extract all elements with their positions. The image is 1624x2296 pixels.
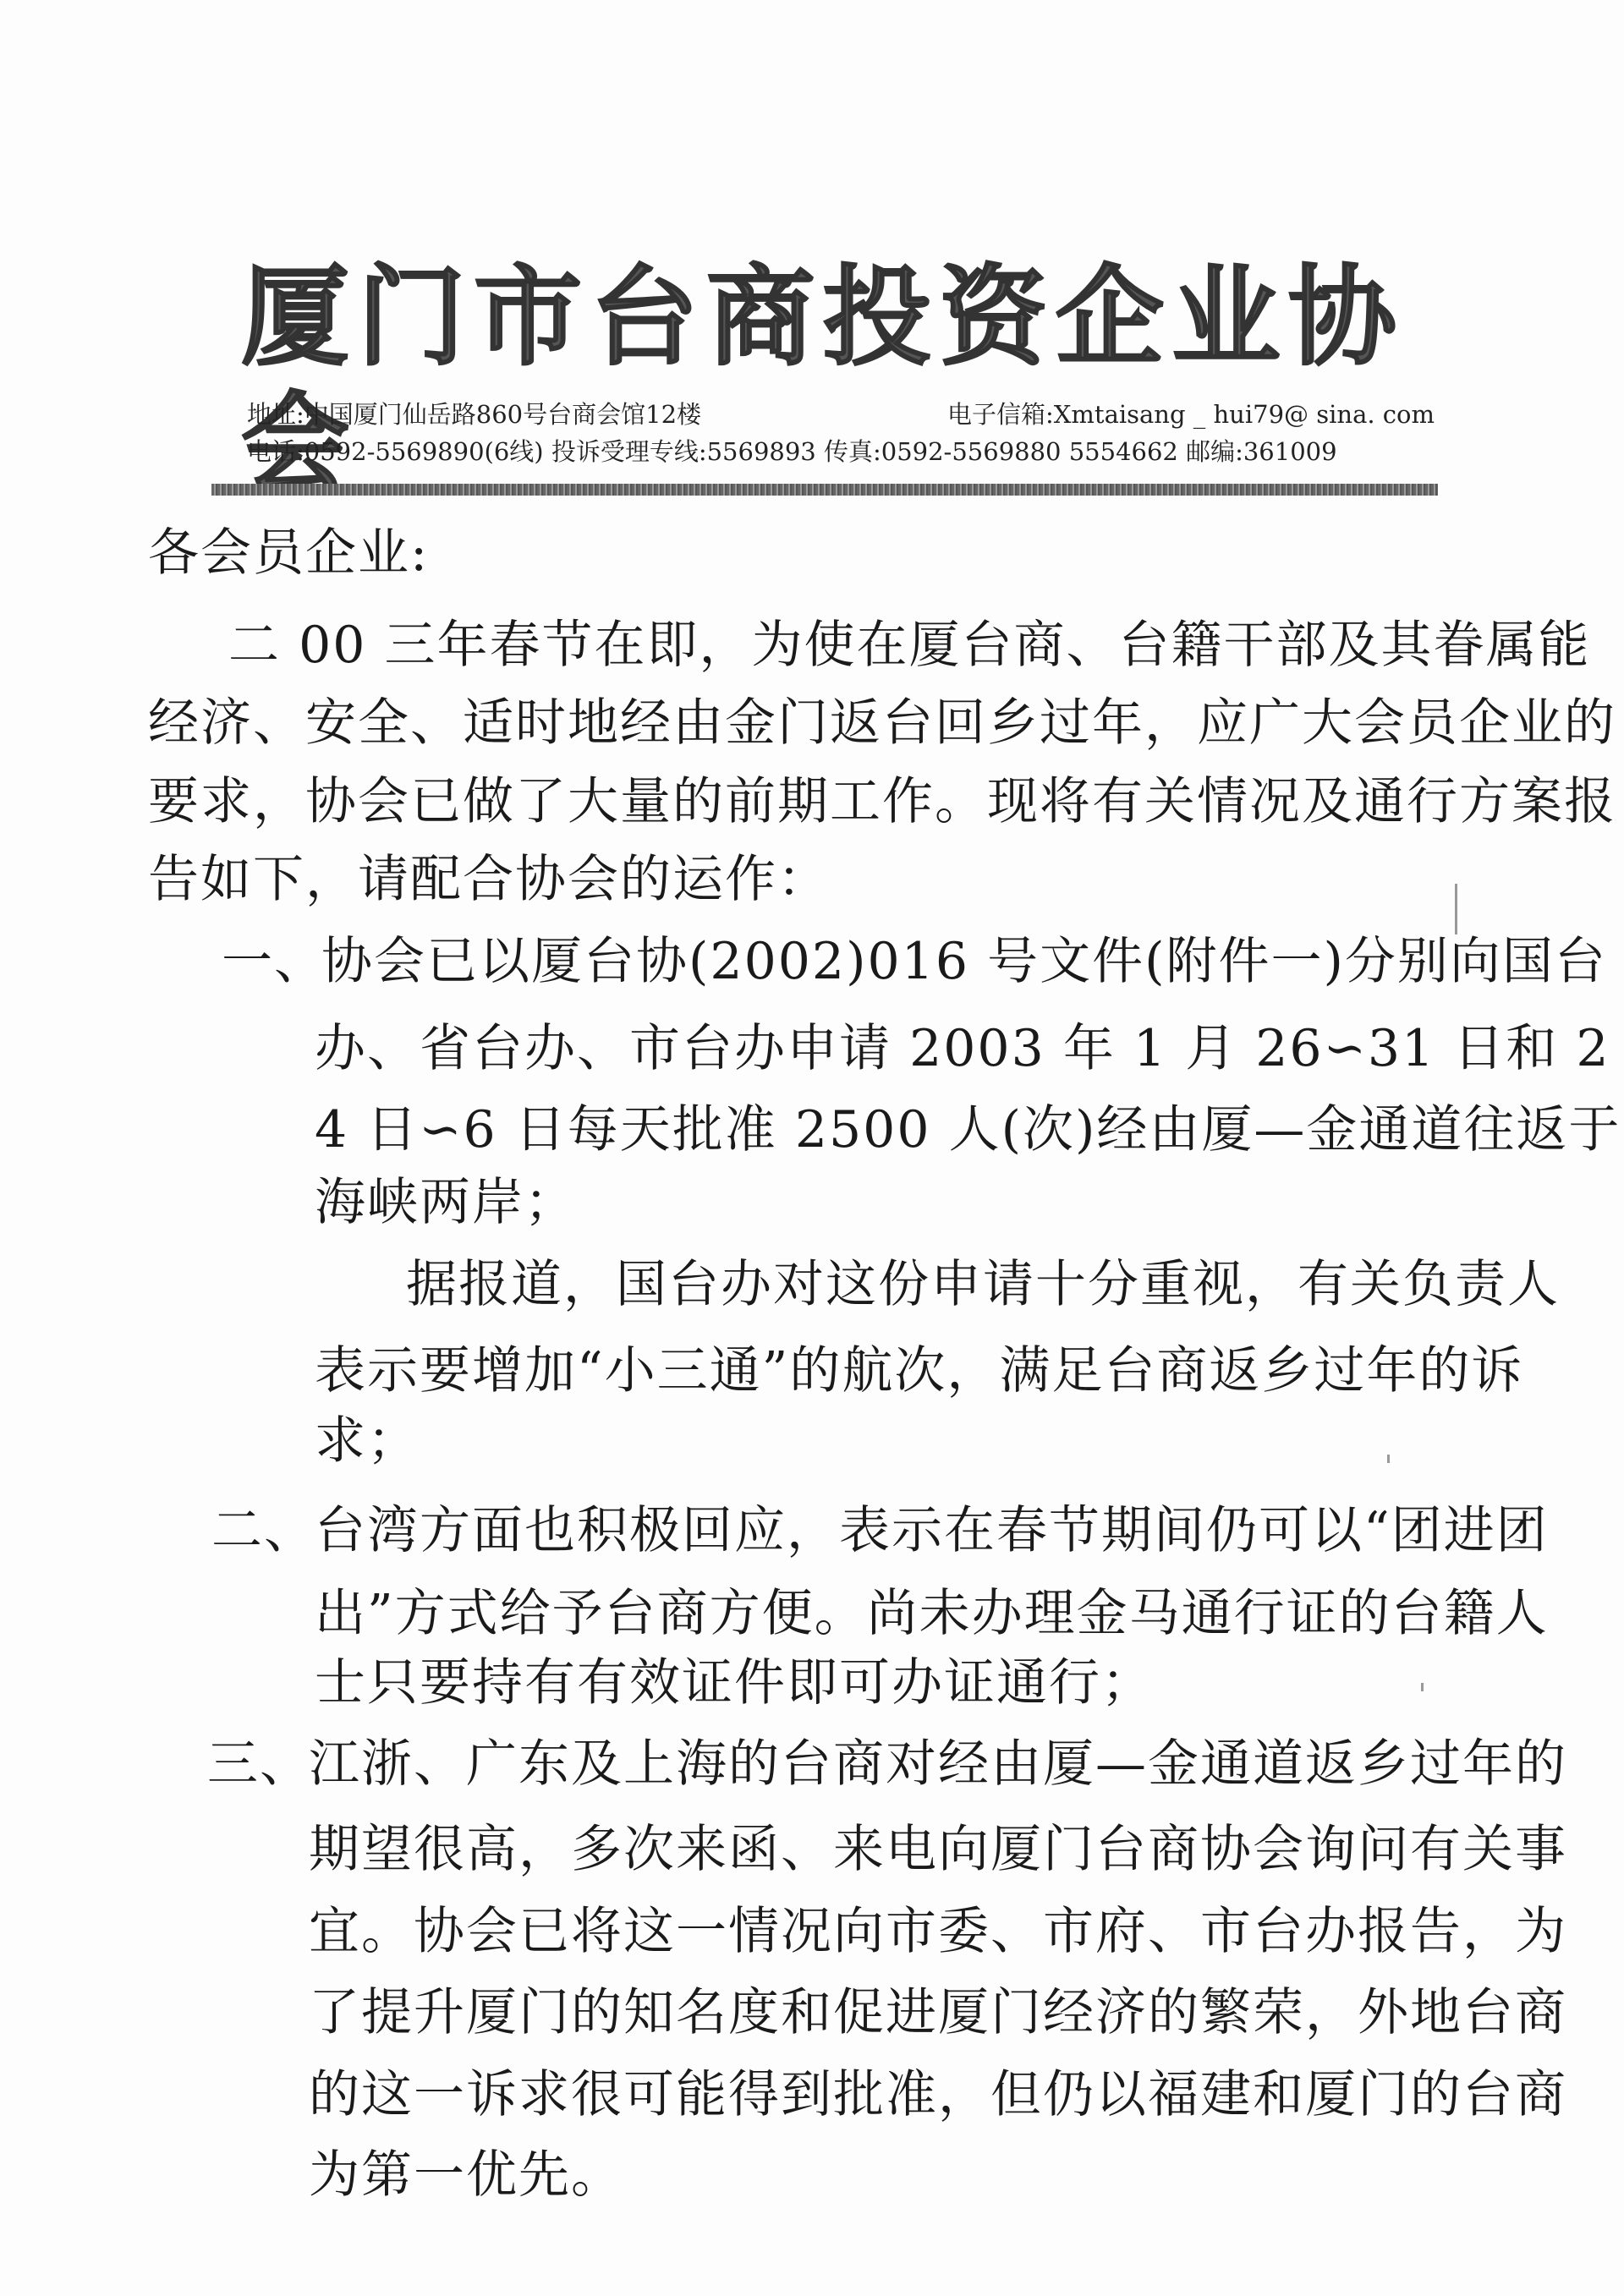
- letterhead-email: 电子信箱:Xmtaisang _ hui79@ sina. com: [947, 399, 1435, 430]
- item-line: 江浙、广东及上海的台商对经由厦—金通道返乡过年的: [309, 1734, 1567, 1795]
- letterhead-contact: 电话:0592-5569890(6线) 投诉受理专线:5569893 传真:05…: [247, 436, 1337, 467]
- intro-line: 告如下，请配合协会的运作：: [148, 849, 830, 910]
- scan-artifact: [1455, 884, 1457, 934]
- item-line: 了提升厦门的知名度和促进厦门经济的繁荣，外地台商: [309, 1982, 1567, 2043]
- scan-artifact: [1421, 1683, 1424, 1691]
- item-line: 海峡两岸；: [315, 1172, 577, 1233]
- item-line: 宜。协会已将这一情况向市委、市府、市台办报告，为: [309, 1901, 1567, 1962]
- scanned-letter-page: 厦门市台商投资企业协会 地址:中国厦门仙岳路860号台商会馆12楼 电子信箱:X…: [0, 0, 1624, 2296]
- item-marker: 二、: [211, 1500, 316, 1561]
- item-marker: 三、: [207, 1734, 312, 1795]
- salutation: 各会员企业:: [148, 523, 429, 584]
- item-line: 台湾方面也积极回应，表示在春节期间仍可以“团进团: [315, 1500, 1549, 1561]
- intro-line: 二 00 三年春节在即，为使在厦台商、台籍干部及其眷属能: [228, 615, 1591, 676]
- item-line: 出”方式给予台商方便。尚未办理金马通行证的台籍人: [315, 1583, 1549, 1644]
- item-line: 的这一诉求很可能得到批准，但仍以福建和厦门的台商: [309, 2064, 1567, 2125]
- item-sub-line: 表示要增加“小三通”的航次，满足台商返乡过年的诉: [315, 1340, 1523, 1401]
- letterhead-address: 地址:中国厦门仙岳路860号台商会馆12楼: [247, 399, 701, 430]
- item-line: 期望很高，多次来函、来电向厦门台商协会询问有关事: [309, 1819, 1567, 1880]
- intro-line: 经济、安全、适时地经由金门返台回乡过年，应广大会员企业的: [148, 693, 1616, 753]
- item-sub-line: 求；: [315, 1411, 420, 1471]
- letterhead-title: 厦门市台商投资企业协会: [241, 254, 1400, 507]
- letterhead-divider: [211, 484, 1438, 496]
- item-line: 办、省台办、市台办申请 2003 年 1 月 26∽31 日和 2 月: [315, 1018, 1624, 1079]
- item-marker: 一、: [222, 931, 326, 992]
- item-line: 士只要持有有效证件即可办证通行；: [315, 1652, 1154, 1713]
- item-line: 4 日∽6 日每天批准 2500 人(次)经由厦—金通道往返于: [315, 1099, 1621, 1160]
- item-line: 为第一优先。: [309, 2145, 623, 2206]
- scan-artifact: [1387, 1455, 1390, 1463]
- intro-line: 要求，协会已做了大量的前期工作。现将有关情况及通行方案报: [148, 771, 1616, 832]
- item-sub-line: 据报道，国台办对这份申请十分重视，有关负责人: [406, 1254, 1560, 1315]
- item-line: 协会已以厦台协(2002)016 号文件(附件一)分别向国台: [321, 931, 1607, 992]
